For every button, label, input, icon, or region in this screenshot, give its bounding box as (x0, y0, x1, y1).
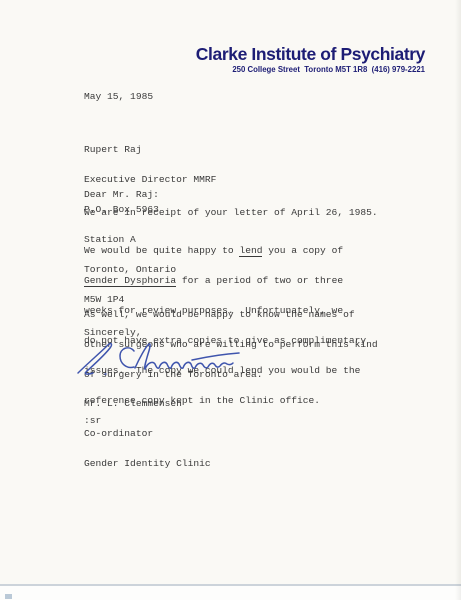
salutation: Dear Mr. Raj: (84, 190, 159, 200)
signature-letter-C (120, 348, 134, 368)
signature-flourish (192, 353, 239, 360)
typist-initials: :sr (84, 416, 101, 426)
underlined-word-lend: lend (239, 245, 262, 257)
body-line: Gender Dysphoria for a period of two or … (84, 276, 366, 286)
underlined-title-gender-dysphoria: Gender Dysphoria (84, 275, 176, 287)
signature-block: Mr. L. Clemmensen Co-ordinator Gender Id… (84, 379, 211, 489)
signature-squiggle (145, 362, 233, 369)
letterhead-address: 250 College Street Toronto M5T 1R8 (416)… (196, 65, 425, 74)
signature-initial-L (78, 344, 111, 375)
letterhead: Clarke Institute of Psychiatry 250 Colle… (196, 44, 425, 74)
letter-date: May 15, 1985 (84, 92, 153, 102)
recipient-title: Executive Director MMRF (84, 175, 216, 185)
signer-name: Mr. L. Clemmensen (84, 399, 211, 409)
paragraph-1: We are in receipt of your letter of Apri… (84, 208, 378, 218)
signer-org: Gender Identity Clinic (84, 459, 211, 469)
body-text: We would be quite happy to (84, 245, 239, 256)
scan-corner-artifact (5, 594, 12, 599)
body-text: you a copy of (262, 245, 343, 256)
signature-handwritten (72, 336, 250, 382)
letterhead-title: Clarke Institute of Psychiatry (196, 44, 425, 64)
recipient-name: Rupert Raj (84, 145, 216, 155)
scan-paper-edge (0, 584, 461, 600)
body-line: We would be quite happy to lend you a co… (84, 246, 366, 256)
signature-ink-svg (72, 336, 250, 382)
signer-title: Co-ordinator (84, 429, 211, 439)
scan-right-shadow (455, 0, 461, 600)
letter-page: Clarke Institute of Psychiatry 250 Colle… (0, 0, 461, 600)
body-text: for a period of two or three (176, 275, 343, 286)
body-line: As well, we would be happy to know the n… (84, 310, 378, 320)
